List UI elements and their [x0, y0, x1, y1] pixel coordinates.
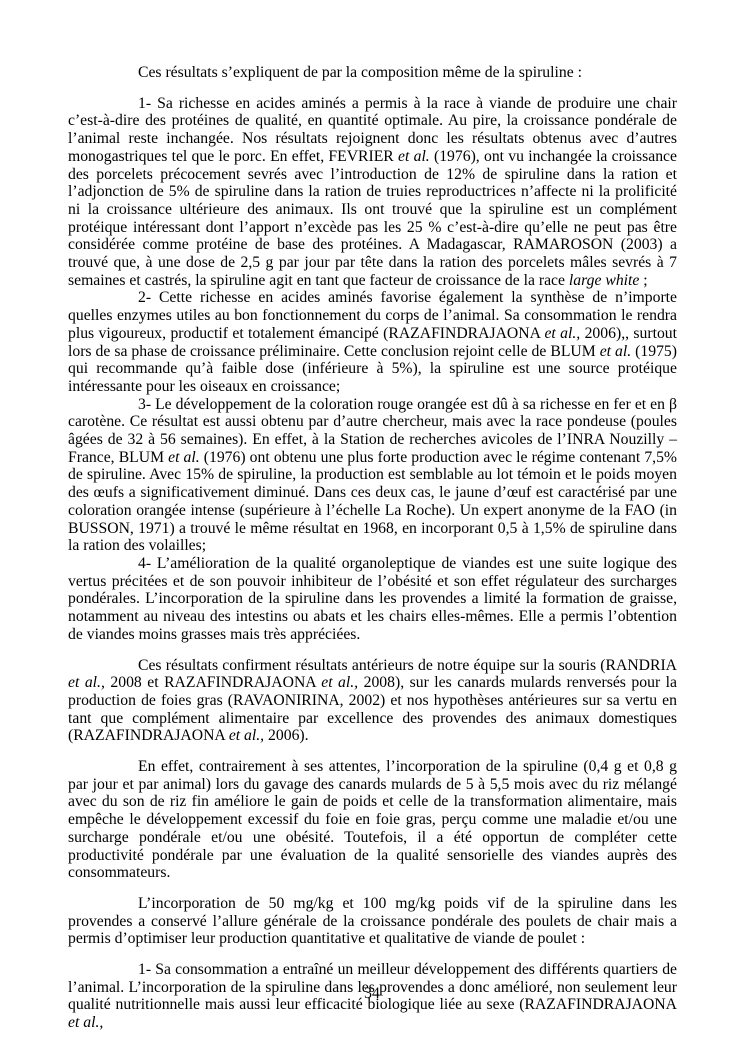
text-segment: et al., — [544, 325, 580, 342]
paragraph-intro-line: Ces résultats s’expliquent de par la com… — [68, 64, 677, 82]
text-segment: ; — [639, 272, 647, 289]
text-segment: large white — [569, 272, 639, 289]
text-segment: et al. — [168, 449, 200, 466]
paragraph-gavage-paragraph: En effet, contrairement à ses attentes, … — [68, 758, 677, 882]
page-number: 34 — [0, 985, 744, 1003]
paragraph-point-3-coloration: 3- Le développement de la coloration rou… — [68, 396, 677, 555]
paragraph-incorporation-paragraph: L’incorporation de 50 mg/kg et 100 mg/kg… — [68, 895, 677, 948]
text-segment: En effet, contrairement à ses attentes, … — [68, 758, 677, 881]
paragraph-point-1-amino-acids: 1- Sa richesse en acides aminés a permis… — [68, 95, 677, 290]
text-segment: et al., — [321, 674, 358, 691]
text-segment: 2008 et RAZAFINDRAJAONA — [105, 674, 321, 691]
document-page: Ces résultats s’expliquent de par la com… — [0, 0, 744, 1053]
paragraph-confirmation-paragraph: Ces résultats confirment résultats antér… — [68, 657, 677, 746]
text-segment: et al., — [68, 1014, 103, 1031]
text-segment: Ces résultats confirment résultats antér… — [138, 657, 677, 674]
text-segment: 4- L’amélioration de la qualité organole… — [68, 555, 677, 643]
text-segment: et al. — [398, 148, 430, 165]
text-segment: 2006). — [264, 727, 308, 744]
text-segment: (1976), ont vu inchangée la croissance d… — [68, 148, 677, 289]
paragraph-point-4-organoleptic: 4- L’amélioration de la qualité organole… — [68, 555, 677, 644]
paragraph-point-2-enzymes: 2- Cette richesse en acides aminés favor… — [68, 289, 677, 395]
page-body: Ces résultats s’expliquent de par la com… — [68, 64, 677, 1032]
text-segment: L’incorporation de 50 mg/kg et 100 mg/kg… — [68, 895, 677, 947]
text-segment: et al., — [229, 727, 264, 744]
text-segment: et al. — [600, 343, 631, 360]
text-segment: et al., — [68, 674, 105, 691]
text-segment: Ces résultats s’expliquent de par la com… — [138, 64, 582, 81]
